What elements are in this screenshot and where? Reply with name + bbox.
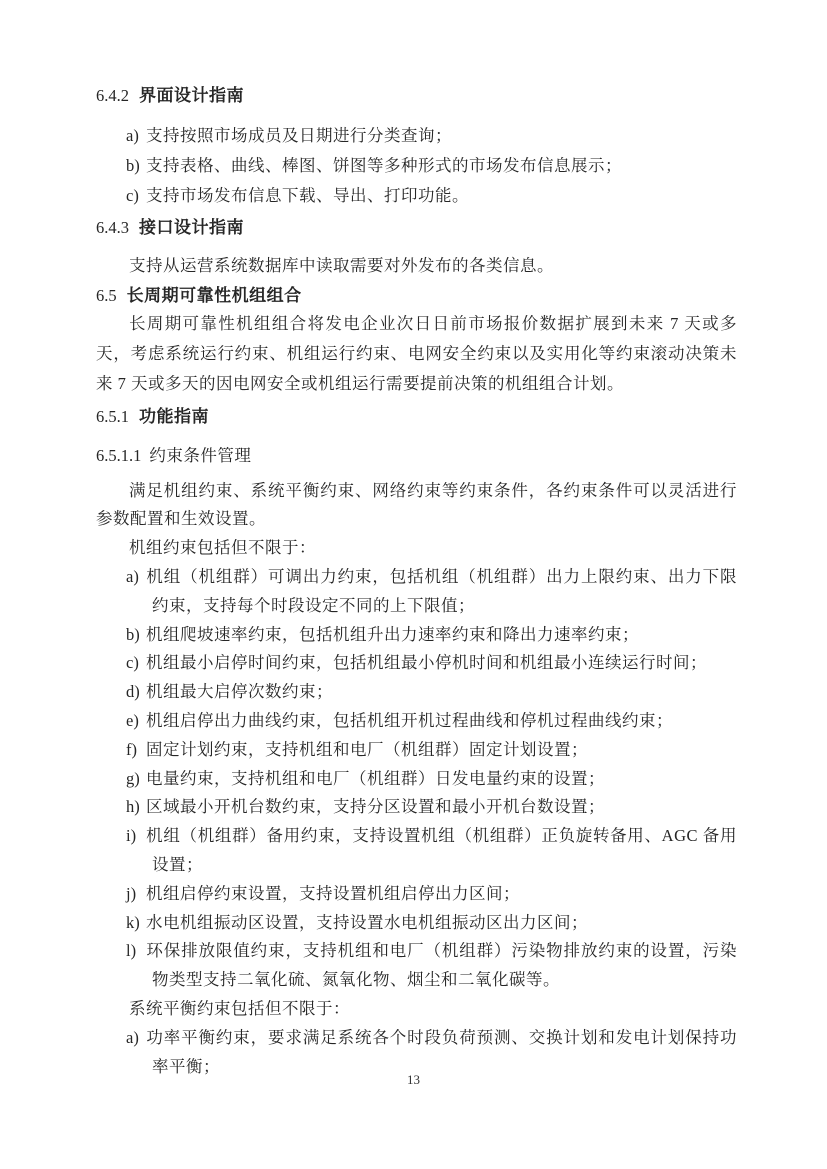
unit-constraint-item-h: h)区域最小开机台数约束，支持分区设置和最小开机台数设置；	[126, 793, 737, 822]
section-number: 6.4.3	[96, 218, 129, 237]
section-heading-6-5: 6.5长周期可靠性机组组合	[96, 283, 737, 309]
unit-constraints-lead: 机组约束包括但不限于：	[96, 534, 737, 563]
list-marker: d)	[126, 678, 146, 707]
list-marker: g)	[126, 765, 146, 794]
list-item-text: 机组启停约束设置，支持设置机组启停出力区间；	[146, 884, 520, 903]
unit-constraint-item-i: i)机组（机组群）备用约束，支持设置机组（机组群）正负旋转备用、AGC 备用设置…	[126, 822, 737, 880]
list-marker: b)	[126, 621, 146, 650]
list-item-text: 电量约束，支持机组和电厂（机组群）日发电量约束的设置；	[146, 769, 605, 788]
list-item-text: 固定计划约束，支持机组和电厂（机组群）固定计划设置；	[146, 740, 588, 759]
list-item-text: 机组爬坡速率约束，包括机组升出力速率约束和降出力速率约束；	[146, 625, 639, 644]
system-balance-lead: 系统平衡约束包括但不限于：	[96, 995, 737, 1024]
list-item-text: 机组（机组群）可调出力约束，包括机组（机组群）出力上限约束、出力下限约束，支持每…	[146, 567, 737, 615]
section-number: 6.5	[96, 286, 117, 305]
list-item-text: 支持市场发布信息下载、导出、打印功能。	[146, 186, 469, 205]
list-item-text: 机组最大启停次数约束；	[146, 682, 333, 701]
section-title: 约束条件管理	[149, 446, 251, 465]
list-item-text: 支持表格、曲线、棒图、饼图等多种形式的市场发布信息展示；	[146, 156, 622, 175]
section-title: 长周期可靠性机组组合	[127, 286, 302, 305]
unit-constraint-item-d: d)机组最大启停次数约束；	[126, 678, 737, 707]
list-marker: a)	[126, 1024, 146, 1053]
api-paragraph: 支持从运营系统数据库中读取需要对外发布的各类信息。	[96, 252, 737, 281]
list-item-text: 机组最小启停时间约束，包括机组最小停机时间和机组最小连续运行时间；	[146, 653, 707, 672]
list-marker: k)	[126, 909, 146, 938]
list-item-text: 区域最小开机台数约束，支持分区设置和最小开机台数设置；	[146, 797, 605, 816]
page-number: 13	[0, 1072, 827, 1088]
constraint-intro-paragraph: 满足机组约束、系统平衡约束、网络约束等约束条件，各约束条件可以灵活进行参数配置和…	[96, 477, 737, 535]
long-term-paragraph: 长周期可靠性机组组合将发电企业次日日前市场报价数据扩展到未来 7 天或多天，考虑…	[96, 309, 737, 399]
section-number: 6.4.2	[96, 86, 129, 105]
section-title: 接口设计指南	[139, 218, 244, 237]
list-marker: a)	[126, 563, 146, 592]
unit-constraint-item-f: f)固定计划约束，支持机组和电厂（机组群）固定计划设置；	[126, 736, 737, 765]
list-item-text: 功率平衡约束，要求满足系统各个时段负荷预测、交换计划和发电计划保持功率平衡；	[146, 1028, 737, 1076]
unit-constraint-item-l: l)环保排放限值约束，支持机组和电厂（机组群）污染物排放约束的设置，污染物类型支…	[126, 937, 737, 995]
unit-constraint-item-j: j)机组启停约束设置，支持设置机组启停出力区间；	[126, 880, 737, 909]
list-marker: b)	[126, 151, 146, 181]
list-marker: a)	[126, 121, 146, 151]
list-marker: l)	[126, 937, 146, 966]
section-title: 界面设计指南	[139, 86, 244, 105]
unit-constraint-item-a: a)机组（机组群）可调出力约束，包括机组（机组群）出力上限约束、出力下限约束，支…	[126, 563, 737, 621]
list-item-a: a)支持按照市场成员及日期进行分类查询；	[126, 121, 737, 151]
list-item-c: c)支持市场发布信息下载、导出、打印功能。	[126, 181, 737, 211]
unit-constraint-item-e: e)机组启停出力曲线约束，包括机组开机过程曲线和停机过程曲线约束；	[126, 707, 737, 736]
list-item-text: 支持按照市场成员及日期进行分类查询；	[146, 126, 452, 145]
list-item-text: 水电机组振动区设置，支持设置水电机组振动区出力区间；	[146, 913, 588, 932]
list-marker: c)	[126, 181, 146, 211]
section-title: 功能指南	[139, 407, 209, 426]
section-heading-6-5-1-1: 6.5.1.1约束条件管理	[96, 442, 737, 471]
unit-constraint-item-k: k)水电机组振动区设置，支持设置水电机组振动区出力区间；	[126, 909, 737, 938]
document-page: 6.4.2界面设计指南 a)支持按照市场成员及日期进行分类查询； b)支持表格、…	[0, 0, 827, 1169]
list-marker: c)	[126, 649, 146, 678]
list-item-text: 机组（机组群）备用约束，支持设置机组（机组群）正负旋转备用、AGC 备用设置；	[146, 826, 737, 874]
section-number: 6.5.1	[96, 407, 129, 426]
unit-constraints-list: a)机组（机组群）可调出力约束，包括机组（机组群）出力上限约束、出力下限约束，支…	[96, 563, 737, 995]
list-marker: f)	[126, 736, 146, 765]
list-item-text: 环保排放限值约束，支持机组和电厂（机组群）污染物排放约束的设置，污染物类型支持二…	[146, 941, 737, 989]
section-heading-6-4-3: 6.4.3接口设计指南	[96, 215, 737, 241]
list-marker: e)	[126, 707, 146, 736]
list-item-text: 机组启停出力曲线约束，包括机组开机过程曲线和停机过程曲线约束；	[146, 711, 673, 730]
list-marker: j)	[126, 880, 146, 909]
interface-guideline-list: a)支持按照市场成员及日期进行分类查询； b)支持表格、曲线、棒图、饼图等多种形…	[96, 121, 737, 211]
unit-constraint-item-b: b)机组爬坡速率约束，包括机组升出力速率约束和降出力速率约束；	[126, 621, 737, 650]
section-heading-6-5-1: 6.5.1功能指南	[96, 404, 737, 430]
list-item-b: b)支持表格、曲线、棒图、饼图等多种形式的市场发布信息展示；	[126, 151, 737, 181]
section-heading-6-4-2: 6.4.2界面设计指南	[96, 83, 737, 109]
list-marker: h)	[126, 793, 146, 822]
unit-constraint-item-g: g)电量约束，支持机组和电厂（机组群）日发电量约束的设置；	[126, 765, 737, 794]
section-number: 6.5.1.1	[96, 446, 141, 465]
unit-constraint-item-c: c)机组最小启停时间约束，包括机组最小停机时间和机组最小连续运行时间；	[126, 649, 737, 678]
list-marker: i)	[126, 822, 146, 851]
